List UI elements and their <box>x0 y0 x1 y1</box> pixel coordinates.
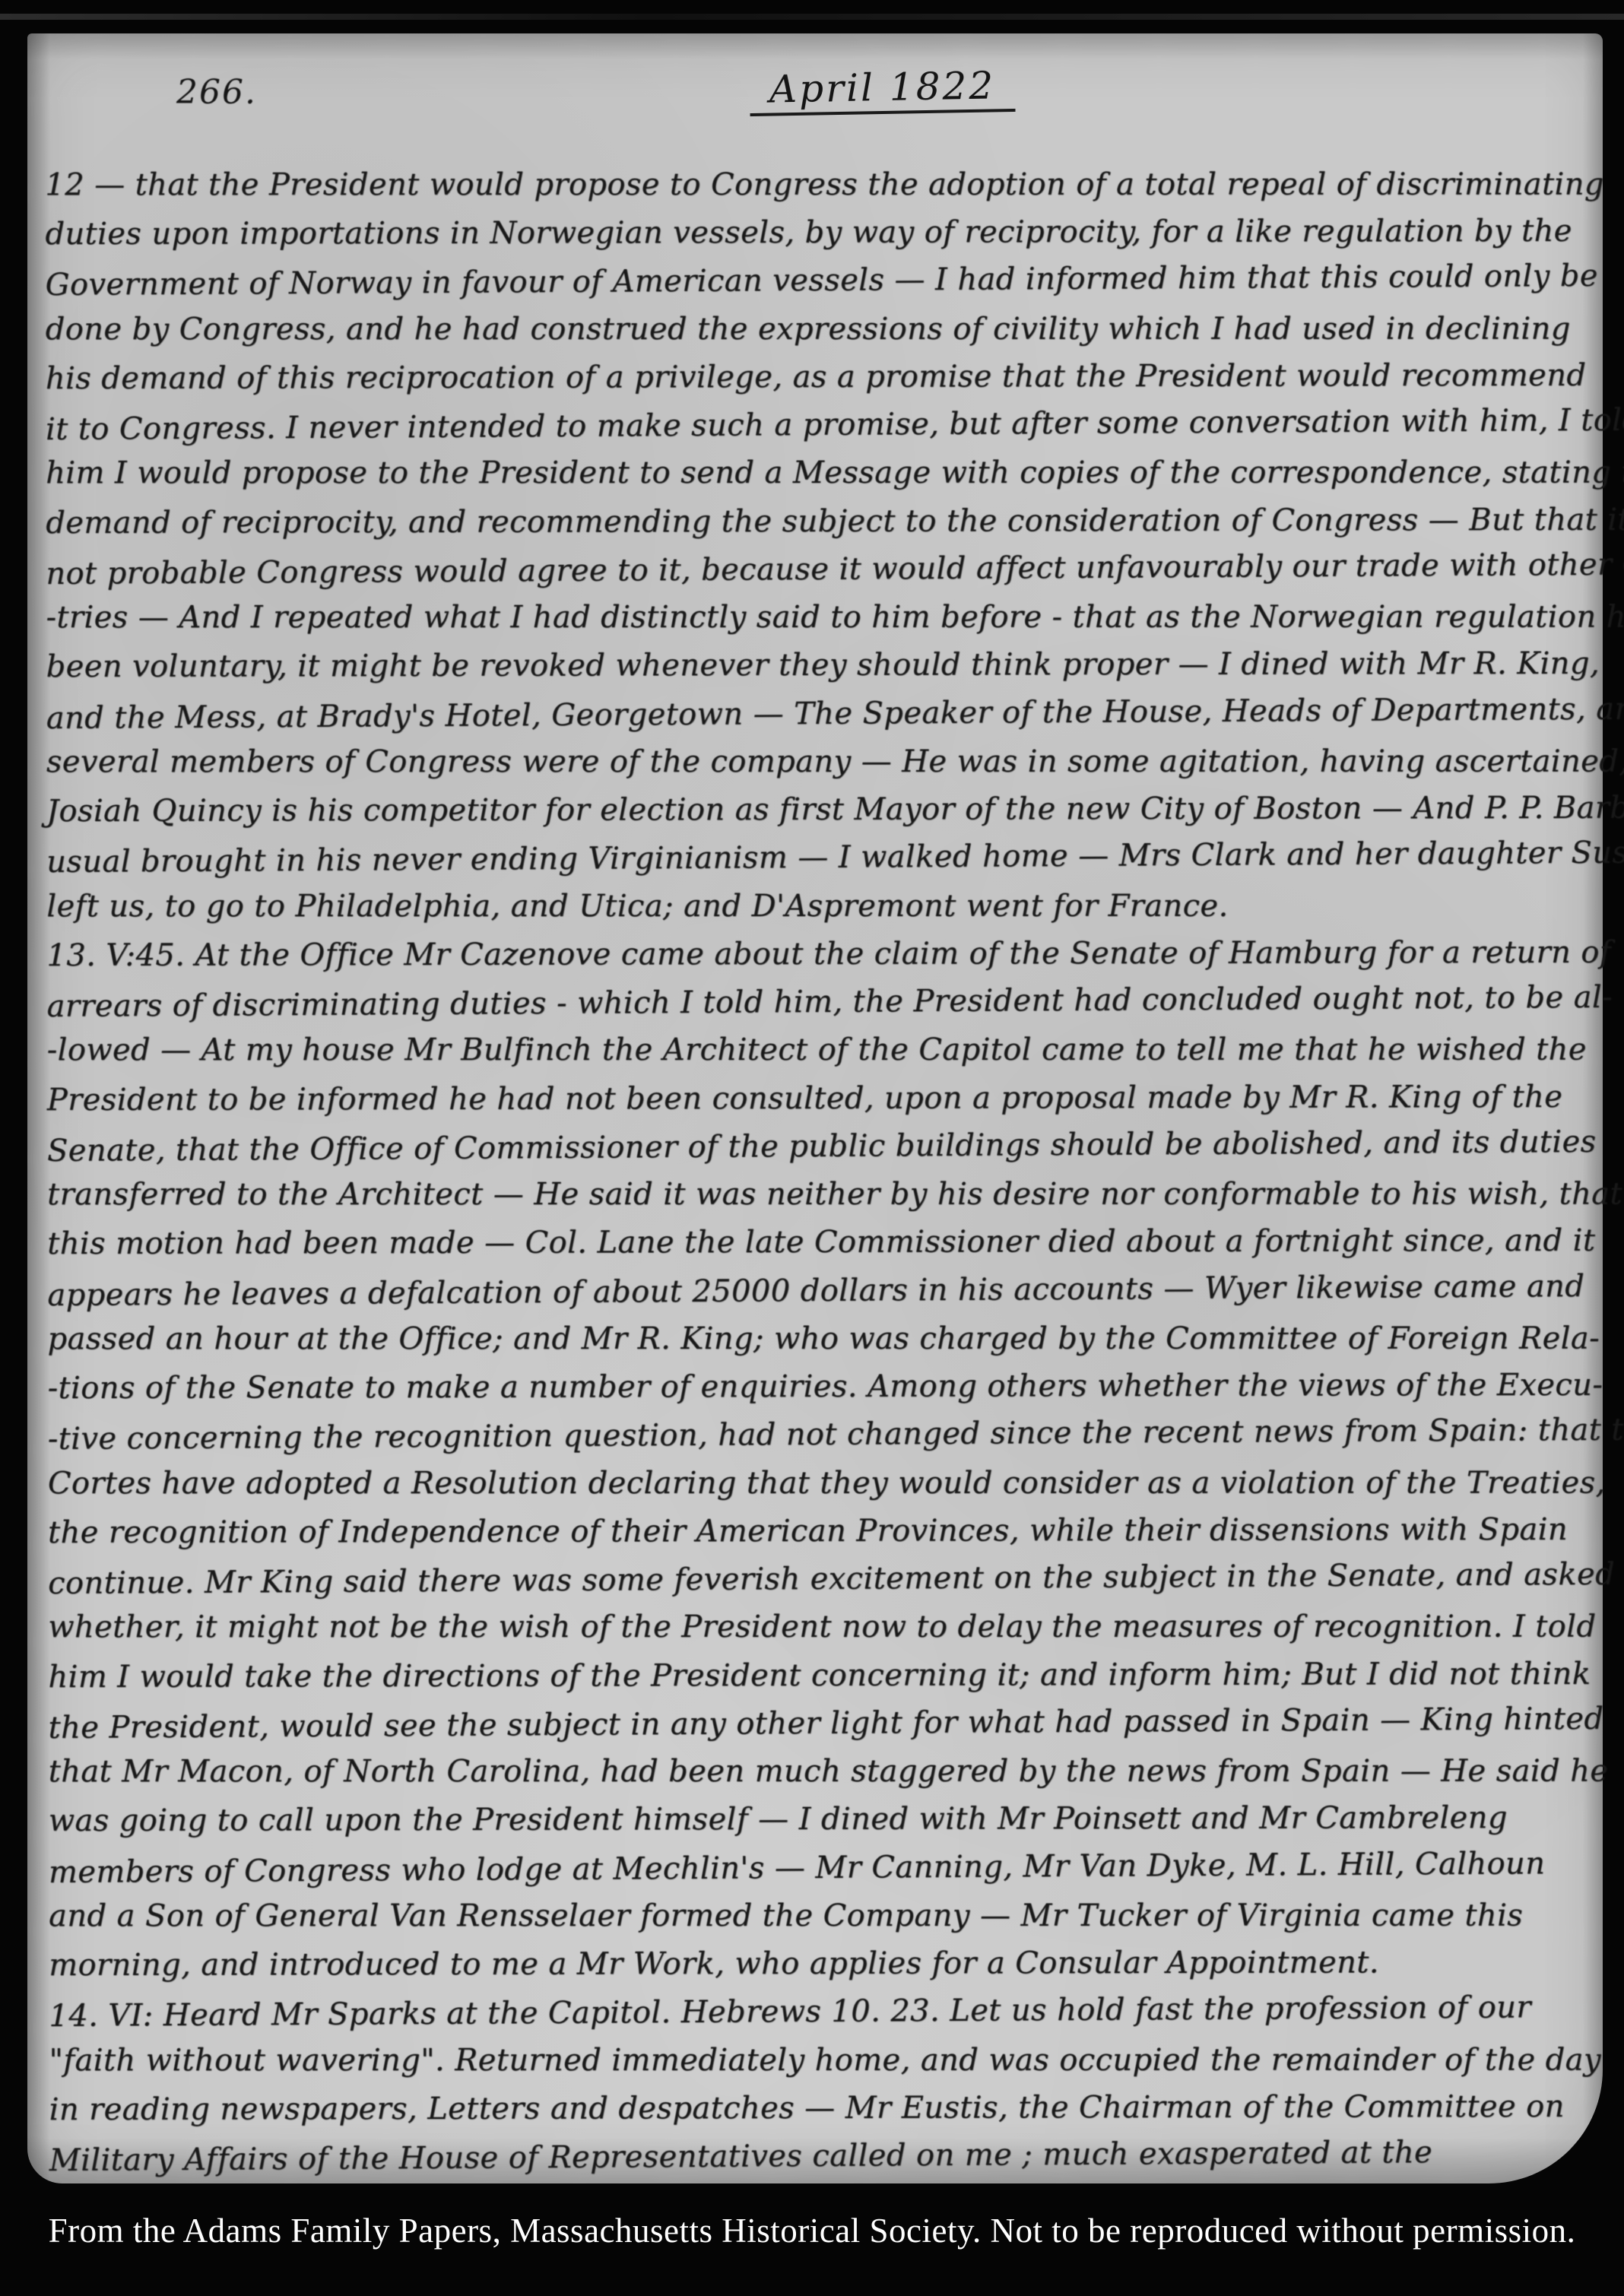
manuscript-line: him I would propose to the President to … <box>46 449 1589 498</box>
manuscript-line: was going to call upon the President him… <box>49 1794 1592 1845</box>
manuscript-line: transferred to the Architect — He said i… <box>47 1171 1591 1219</box>
manuscript-line: not probable Congress would agree to it,… <box>46 541 1589 598</box>
manuscript-line: and a Son of General Van Rensselaer form… <box>49 1892 1592 1941</box>
manuscript-line: left us, to go to Philadelphia, and Utic… <box>46 883 1590 931</box>
manuscript-line: usual brought in his never ending Virgin… <box>46 829 1590 886</box>
manuscript-line: morning, and introduced to me a Mr Work,… <box>49 1939 1592 1990</box>
manuscript-line: it to Congress. I never intended to make… <box>46 397 1589 454</box>
manuscript-line: him I would take the directions of the P… <box>48 1651 1591 1701</box>
manuscript-line: Senate, that the Office of Commissioner … <box>47 1118 1591 1175</box>
manuscript-line: and the Mess, at Brady's Hotel, Georgeto… <box>46 686 1590 743</box>
scanned-manuscript-screen: 266. April 1822 12 — that the President … <box>0 0 1624 2296</box>
manuscript-line: Cortes have adopted a Resolution declari… <box>48 1460 1591 1508</box>
manuscript-line: 14. VI: Heard Mr Sparks at the Capitol. … <box>49 1984 1592 2041</box>
manuscript-line: President to be informed he had not been… <box>47 1073 1591 1124</box>
manuscript-line: 13. V:45. At the Office Mr Cazenove came… <box>46 929 1590 980</box>
manuscript-line: the President, would see the subject in … <box>48 1695 1591 1752</box>
manuscript-line: done by Congress, and he had construed t… <box>46 306 1589 354</box>
manuscript-page: 266. April 1822 12 — that the President … <box>27 33 1603 2183</box>
archive-credit-line: From the Adams Family Papers, Massachuse… <box>0 2211 1624 2250</box>
manuscript-line: "faith without wavering". Returned immed… <box>49 2037 1592 2085</box>
manuscript-line: his demand of this reciprocation of a pr… <box>46 352 1589 403</box>
manuscript-line: Military Affairs of the House of Represe… <box>49 2128 1593 2185</box>
manuscript-line: Josiah Quincy is his competitor for elec… <box>46 785 1590 836</box>
manuscript-line: been voluntary, it might be revoked when… <box>46 640 1590 691</box>
manuscript-line: demand of reciprocity, and recommending … <box>46 496 1589 547</box>
manuscript-line: 12 — that the President would propose to… <box>45 161 1588 210</box>
manuscript-lines: 12 — that the President would propose to… <box>45 160 1593 2182</box>
manuscript-line: several members of Congress were of the … <box>46 738 1590 787</box>
manuscript-line: the recognition of Independence of their… <box>48 1506 1591 1557</box>
manuscript-line: this motion had been made — Col. Lane th… <box>47 1217 1591 1268</box>
manuscript-line: members of Congress who lodge at Mechlin… <box>49 1840 1592 1897</box>
manuscript-line: Government of Norway in favour of Americ… <box>45 252 1588 309</box>
manuscript-line: passed an hour at the Office; and Mr R. … <box>47 1315 1591 1364</box>
manuscript-line: in reading newspapers, Letters and despa… <box>49 2083 1593 2134</box>
manuscript-line: continue. Mr King said there was some fe… <box>48 1551 1591 1608</box>
page-header-date: April 1822 <box>749 63 1015 116</box>
manuscript-line: duties upon importations in Norwegian ve… <box>45 208 1588 258</box>
page-number: 266. <box>176 73 257 112</box>
manuscript-line: -tive concerning the recognition questio… <box>48 1406 1591 1464</box>
manuscript-line: -lowed — At my house Mr Bulfinch the Arc… <box>47 1026 1591 1075</box>
manuscript-line: whether, it might not be the wish of the… <box>48 1603 1591 1652</box>
manuscript-line: -tions of the Senate to make a number of… <box>48 1362 1591 1413</box>
manuscript-line: that Mr Macon, of North Carolina, had be… <box>49 1748 1592 1797</box>
manuscript-line: arrears of discriminating duties - which… <box>46 974 1590 1031</box>
manuscript-line: -tries — And I repeated what I had disti… <box>46 594 1589 642</box>
manuscript-line: appears he leaves a defalcation of about… <box>47 1263 1591 1320</box>
